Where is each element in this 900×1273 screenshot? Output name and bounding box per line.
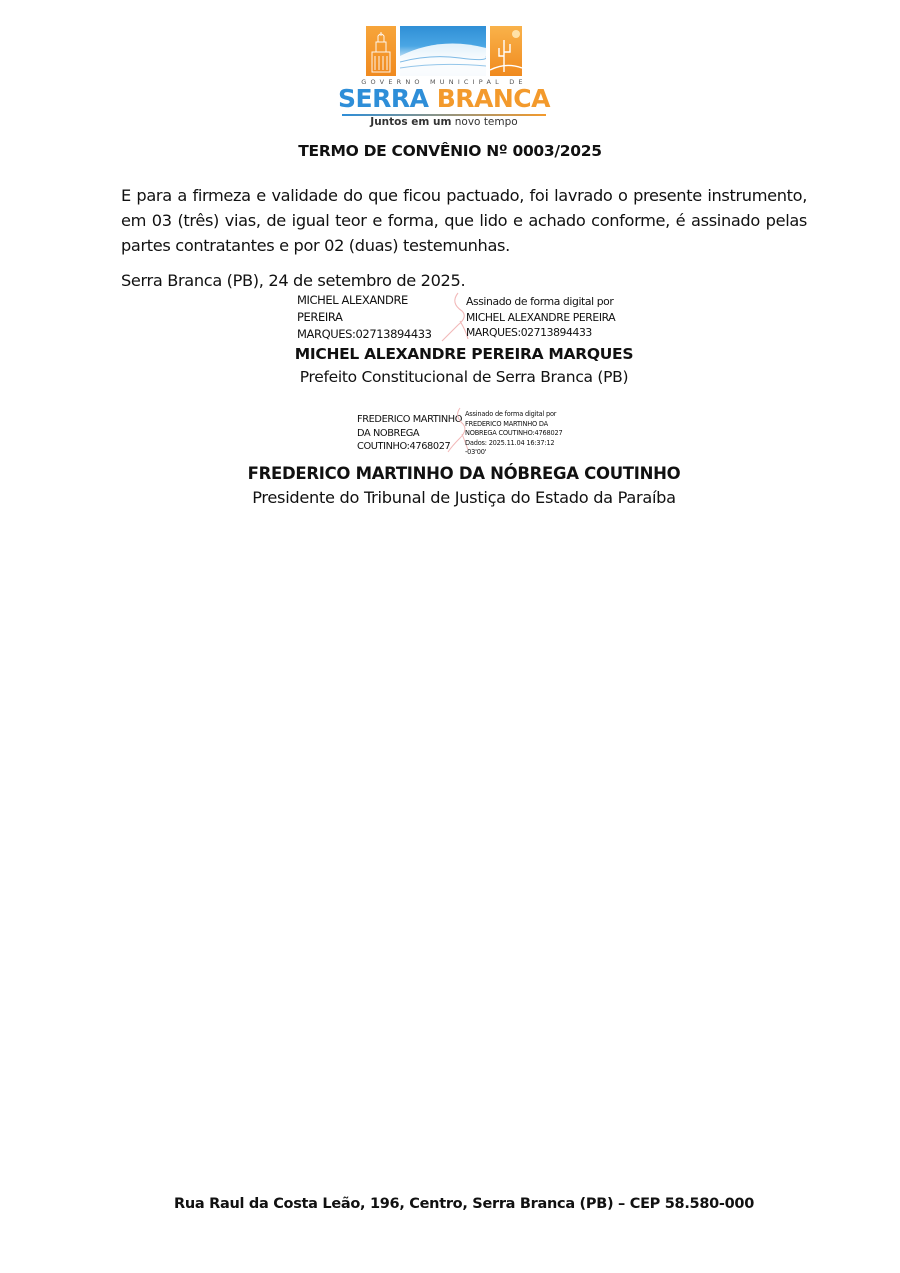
logo-slogan-bold: Juntos em um bbox=[370, 116, 451, 128]
municipal-logo: GOVERNO MUNICIPAL DE SERRA BRANCA Juntos… bbox=[338, 26, 550, 130]
stamp-line: NOBREGA COUTINHO:4768027 bbox=[465, 429, 562, 439]
logo-slogan: Juntos em um novo tempo bbox=[338, 116, 550, 128]
cactus-icon bbox=[490, 26, 522, 76]
signer-line: MICHEL ALEXANDRE bbox=[297, 292, 432, 309]
stamp-line: MARQUES:02713894433 bbox=[466, 325, 615, 341]
stamp-line: Assinado de forma digital por bbox=[465, 410, 562, 420]
church-icon bbox=[366, 26, 396, 76]
signer-1-role: Prefeito Constitucional de Serra Branca … bbox=[0, 368, 900, 386]
landscape-icon bbox=[400, 26, 486, 76]
document-body: E para a firmeza e validade do que ficou… bbox=[121, 183, 807, 258]
place-date: Serra Branca (PB), 24 de setembro de 202… bbox=[121, 271, 465, 290]
stamp-line: Dados: 2025.11.04 16:37:12 bbox=[465, 439, 562, 449]
signer-1-name: MICHEL ALEXANDRE PEREIRA MARQUES bbox=[0, 345, 900, 363]
signer-2-role: Presidente do Tribunal de Justiça do Est… bbox=[0, 488, 900, 507]
logo-brand-part1: SERRA bbox=[338, 84, 428, 113]
document-title: TERMO DE CONVÊNIO Nº 0003/2025 bbox=[0, 142, 900, 160]
signer-2-name: FREDERICO MARTINHO DA NÓBREGA COUTINHO bbox=[0, 464, 900, 483]
digital-signature-1-stamp: Assinado de forma digital por MICHEL ALE… bbox=[466, 294, 615, 341]
logo-slogan-regular: novo tempo bbox=[455, 116, 518, 128]
signer-line: MARQUES:02713894433 bbox=[297, 326, 432, 343]
digital-signature-1-signer: MICHEL ALEXANDRE PEREIRA MARQUES:0271389… bbox=[297, 292, 432, 343]
stamp-line: -03'00' bbox=[465, 448, 562, 458]
digital-signature-2-stamp: Assinado de forma digital por FREDERICO … bbox=[465, 410, 562, 458]
stamp-line: MICHEL ALEXANDRE PEREIRA bbox=[466, 310, 615, 326]
footer-address: Rua Raul da Costa Leão, 196, Centro, Ser… bbox=[0, 1196, 900, 1212]
logo-brand-name: SERRA BRANCA bbox=[338, 84, 550, 113]
logo-illustration bbox=[366, 26, 526, 76]
stamp-line: FREDERICO MARTINHO DA bbox=[465, 420, 562, 430]
logo-brand-part2: BRANCA bbox=[437, 84, 550, 113]
stamp-line: Assinado de forma digital por bbox=[466, 294, 615, 310]
signer-line: PEREIRA bbox=[297, 309, 432, 326]
